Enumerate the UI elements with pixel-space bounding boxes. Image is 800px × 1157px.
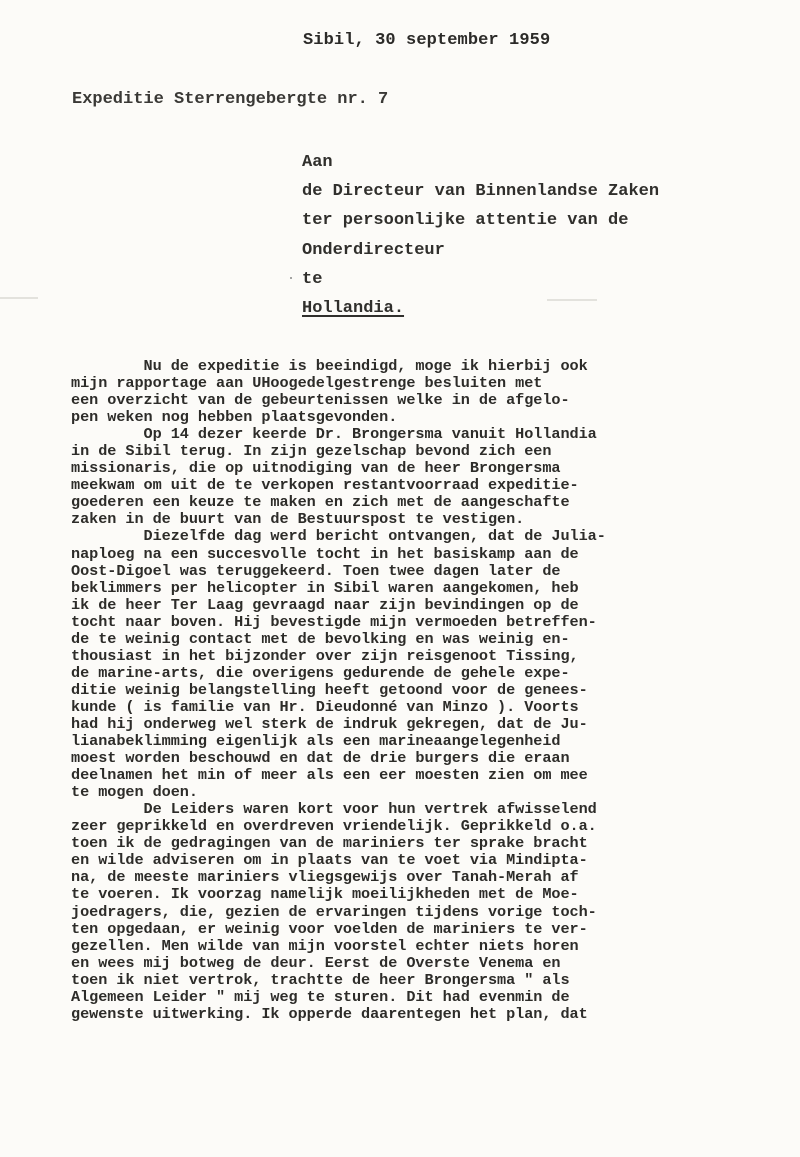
body-line: beklimmers per helicopter in Sibil waren… — [71, 580, 606, 597]
body-line: een overzicht van de gebeurtenissen welk… — [71, 392, 606, 409]
body-line: Algemeen Leider " mij weg te sturen. Dit… — [71, 989, 606, 1006]
body-line: ik de heer Ter Laag gevraagd naar zijn b… — [71, 597, 606, 614]
body-line: thousiast in het bijzonder over zijn rei… — [71, 648, 606, 665]
recipient-address: Aan de Directeur van Binnenlandse Zaken … — [302, 148, 659, 323]
body-line: Oost-Digoel was teruggekeerd. Toen twee … — [71, 563, 606, 580]
address-line: ter persoonlijke attentie van de — [302, 206, 659, 235]
body-line: kunde ( is familie van Hr. Dieudonné van… — [71, 699, 606, 716]
body-line: Diezelfde dag werd bericht ontvangen, da… — [71, 528, 606, 545]
body-line: de marine-arts, die overigens gedurende … — [71, 665, 606, 682]
body-line: mijn rapportage aan UHoogedelgestrenge b… — [71, 375, 606, 392]
body-line: meekwam om uit de te verkopen restantvoo… — [71, 477, 606, 494]
body-line: in de Sibil terug. In zijn gezelschap be… — [71, 443, 606, 460]
body-line: zaken in de buurt van de Bestuurspost te… — [71, 511, 606, 528]
body-line: en wees mij botweg de deur. Eerst de Ove… — [71, 955, 606, 972]
body-line: gewenste uitwerking. Ik opperde daarente… — [71, 1006, 606, 1023]
body-line: de te weinig contact met de bevolking en… — [71, 631, 606, 648]
body-line: pen weken nog hebben plaatsgevonden. — [71, 409, 606, 426]
address-line: de Directeur van Binnenlandse Zaken — [302, 177, 659, 206]
body-line: zeer geprikkeld en overdreven vriendelij… — [71, 818, 606, 835]
body-line: toen ik de gedragingen van de mariniers … — [71, 835, 606, 852]
body-line: Op 14 dezer keerde Dr. Brongersma vanuit… — [71, 426, 606, 443]
typewritten-letter-page: Sibil, 30 september 1959 Expeditie Sterr… — [0, 0, 800, 1157]
body-line: De Leiders waren kort voor hun vertrek a… — [71, 801, 606, 818]
body-line: missionaris, die op uitnodiging van de h… — [71, 460, 606, 477]
address-city: Hollandia. — [302, 294, 659, 323]
body-line: Nu de expeditie is beeindigd, moge ik hi… — [71, 358, 606, 375]
body-line: moest worden beschouwd en dat de drie bu… — [71, 750, 606, 767]
address-line: te — [302, 265, 659, 294]
letter-dateline: Sibil, 30 september 1959 — [303, 31, 550, 50]
body-line: joedragers, die, gezien de ervaringen ti… — [71, 904, 606, 921]
body-line: tocht naar boven. Hij bevestigde mijn ve… — [71, 614, 606, 631]
stray-dot-mark — [290, 277, 292, 279]
body-line: deelnamen het min of meer als een eer mo… — [71, 767, 606, 784]
body-line: en wilde adviseren om in plaats van te v… — [71, 852, 606, 869]
address-line: Aan — [302, 148, 659, 177]
body-line: toen ik niet vertrok, trachtte de heer B… — [71, 972, 606, 989]
body-line: had hij onderweg wel sterk de indruk gek… — [71, 716, 606, 733]
body-line: naploeg na een succesvolle tocht in het … — [71, 546, 606, 563]
body-line: ten opgedaan, er weinig voor voelden de … — [71, 921, 606, 938]
body-line: te voeren. Ik voorzag namelijk moeilijkh… — [71, 886, 606, 903]
body-line: lianabeklimming eigenlijk als een marine… — [71, 733, 606, 750]
letter-reference: Expeditie Sterrengebergte nr. 7 — [72, 90, 388, 109]
body-line: gezellen. Men wilde van mijn voorstel ec… — [71, 938, 606, 955]
body-line: ditie weinig belangstelling heeft getoon… — [71, 682, 606, 699]
body-line: te mogen doen. — [71, 784, 606, 801]
body-line: na, de meeste mariniers vliegsgewijs ove… — [71, 869, 606, 886]
address-line: Onderdirecteur — [302, 236, 659, 265]
paper-smudge-left — [0, 297, 38, 299]
letter-body: Nu de expeditie is beeindigd, moge ik hi… — [71, 358, 606, 1023]
body-line: goederen een keuze te maken en zich met … — [71, 494, 606, 511]
